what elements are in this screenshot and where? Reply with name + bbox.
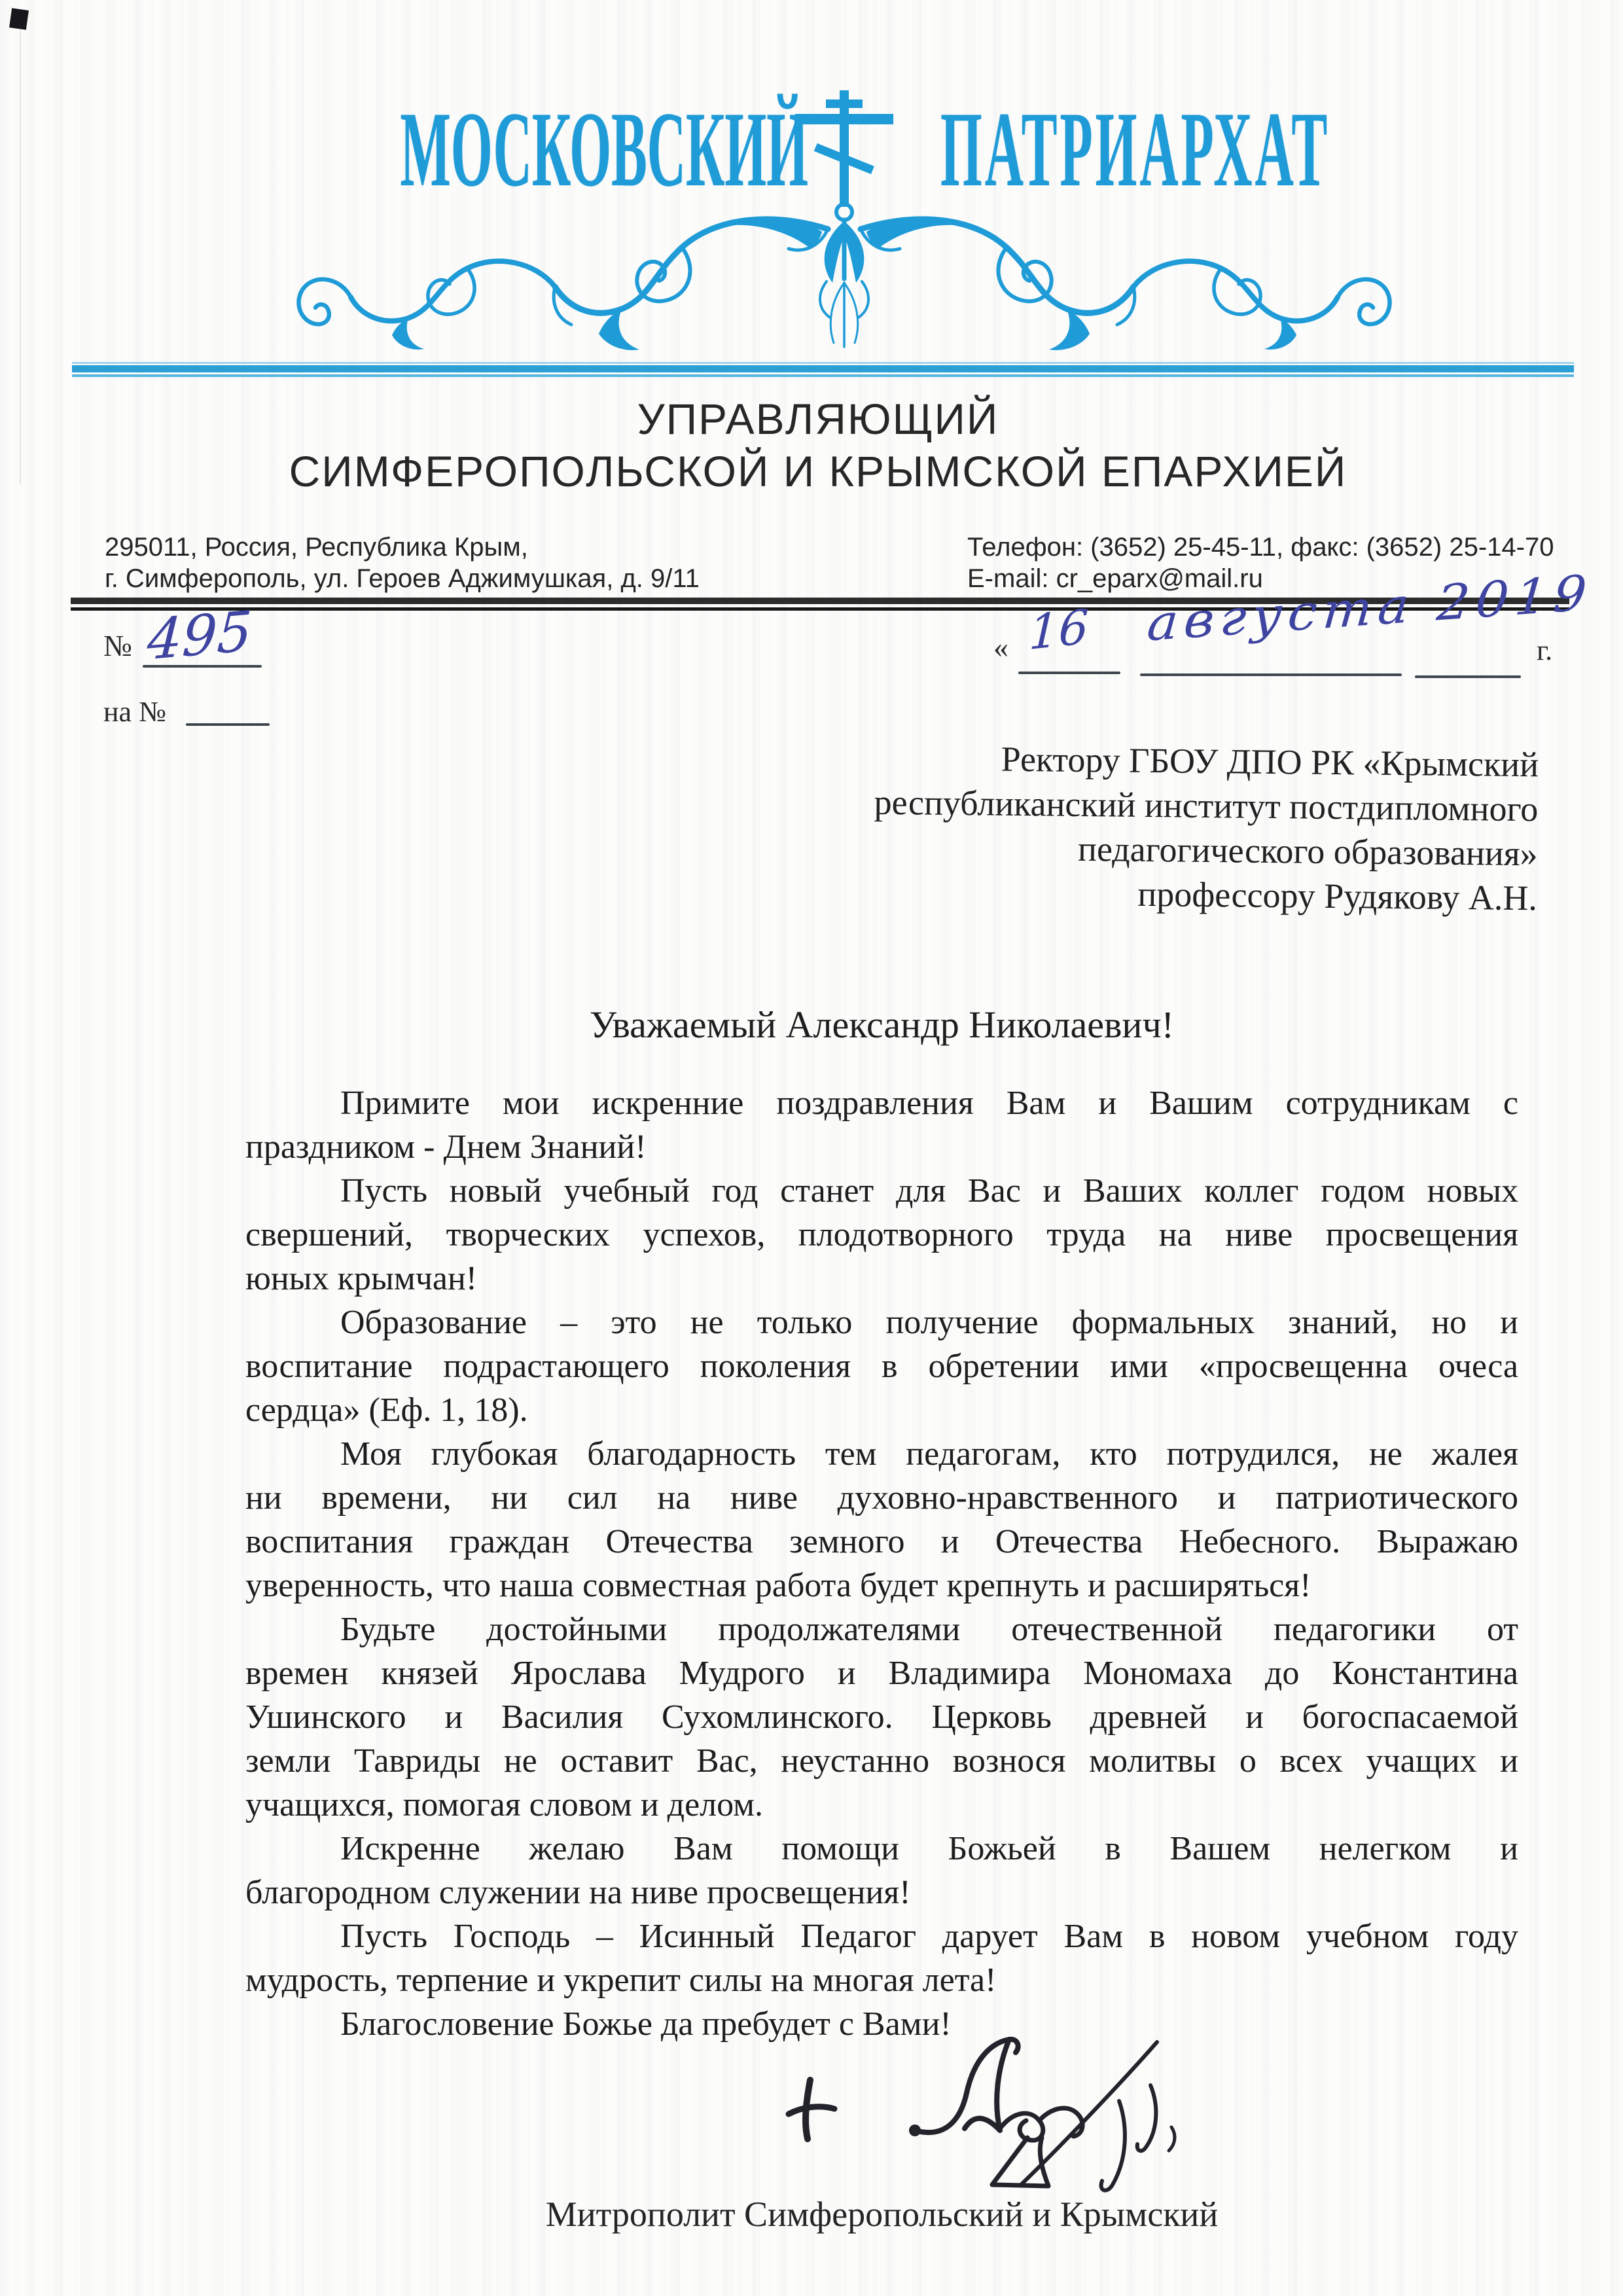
body-line: мудрость, терпение и укрепит силы на мно…	[245, 1958, 1518, 2002]
handwritten-signature	[753, 2022, 1276, 2206]
org-name-left: МОСКОВСКИЙ	[393, 96, 808, 204]
body-line: праздником - Днем Знаний!	[245, 1125, 1518, 1169]
phone-fax-line: Телефон: (3652) 25-45-11, факс: (3652) 2…	[967, 531, 1554, 563]
body-line: Примите мои искренние поздравления Вам и…	[245, 1081, 1518, 1125]
letter-body: Примите мои искренние поздравления Вам и…	[245, 1081, 1518, 2046]
address-block: 295011, Россия, Республика Крым, г. Симф…	[105, 531, 700, 594]
body-line: воспитания граждан Отечества земного и О…	[245, 1520, 1518, 1564]
scan-corner-artifact	[9, 8, 29, 29]
recipient-block: Ректору ГБОУ ДПО РК «Крымский республика…	[752, 734, 1539, 921]
scanned-letter-page: МОСКОВСКИЙ ПАТРИАРХАТ	[0, 0, 1623, 2296]
blue-divider-top	[72, 362, 1574, 364]
date-suffix: г.	[1537, 634, 1552, 667]
body-line: воспитание подрастающего поколения в обр…	[245, 1344, 1518, 1388]
body-line: сердца» (Еф. 1, 18).	[245, 1388, 1518, 1432]
recipient-line: Ректору ГБОУ ДПО РК «Крымский	[753, 734, 1539, 787]
address-line1: 295011, Россия, Республика Крым,	[105, 531, 700, 563]
body-line: Будьте достойными продолжателями отечест…	[245, 1607, 1518, 1651]
number-label: №	[103, 628, 132, 663]
blue-divider-main	[72, 365, 1574, 372]
orthodox-cross-icon	[779, 90, 910, 207]
date-quote-open: «	[993, 630, 1008, 664]
handwritten-number: 495	[146, 599, 254, 673]
handwritten-day: 16	[1028, 599, 1090, 660]
recipient-line: республиканский институт постдипломного	[753, 779, 1539, 832]
body-line: благородном служении на ниве просвещения…	[245, 1871, 1518, 1914]
number-underline	[143, 665, 262, 668]
signer-title: Митрополит Симферопольский и Крымский	[245, 2194, 1518, 2234]
body-line: Моя глубокая благодарность тем педагогам…	[245, 1432, 1518, 1476]
body-line: юных крымчан!	[245, 1257, 1518, 1300]
salutation: Уважаемый Александр Николаевич!	[245, 1003, 1518, 1047]
recipient-line: педагогического образования»	[752, 823, 1538, 876]
org-name-right: ПАТРИАРХАТ	[940, 96, 1330, 204]
ornament-flourish	[281, 202, 1407, 359]
body-line: Ушинского и Василия Сухомлинского. Церко…	[245, 1695, 1518, 1739]
letterhead-title-line1: УПРАВЛЯЮЩИЙ	[111, 393, 1525, 445]
body-line: ни времени, ни сил на ниве духовно-нравс…	[245, 1476, 1518, 1520]
body-line: Искренне желаю Вам помощи Божьей в Вашем…	[245, 1827, 1518, 1871]
body-line: Пусть Господь – Исинный Педагог дарует В…	[245, 1914, 1518, 1958]
body-line: Образование – это не только получение фо…	[245, 1300, 1518, 1344]
letterhead-title-line2: СИМФЕРОПОЛЬСКОЙ И КРЫМСКОЙ ЕПАРХИЕЙ	[111, 445, 1525, 497]
body-line: Пусть новый учебный год станет для Вас и…	[245, 1169, 1518, 1213]
reply-underline	[186, 723, 270, 726]
scan-edge-line	[20, 26, 21, 484]
day-underline	[1018, 672, 1120, 674]
month-underline	[1140, 673, 1402, 676]
body-line: учащихся, помогая словом и делом.	[245, 1783, 1518, 1827]
year-underline	[1415, 675, 1521, 678]
body-line: уверенность, что наша совместная работа …	[245, 1564, 1518, 1607]
body-line: земли Тавриды не оставит Вас, неустанно …	[245, 1739, 1518, 1783]
reply-label: на №	[103, 695, 166, 728]
recipient-line: профессору Рудякову А.Н.	[752, 868, 1538, 921]
body-line: времен князей Ярослава Мудрого и Владими…	[245, 1651, 1518, 1695]
address-line2: г. Симферополь, ул. Героев Аджимушкая, д…	[105, 563, 700, 594]
blue-divider-bottom	[72, 374, 1574, 377]
body-line: свершений, творческих успехов, плодотвор…	[245, 1213, 1518, 1257]
